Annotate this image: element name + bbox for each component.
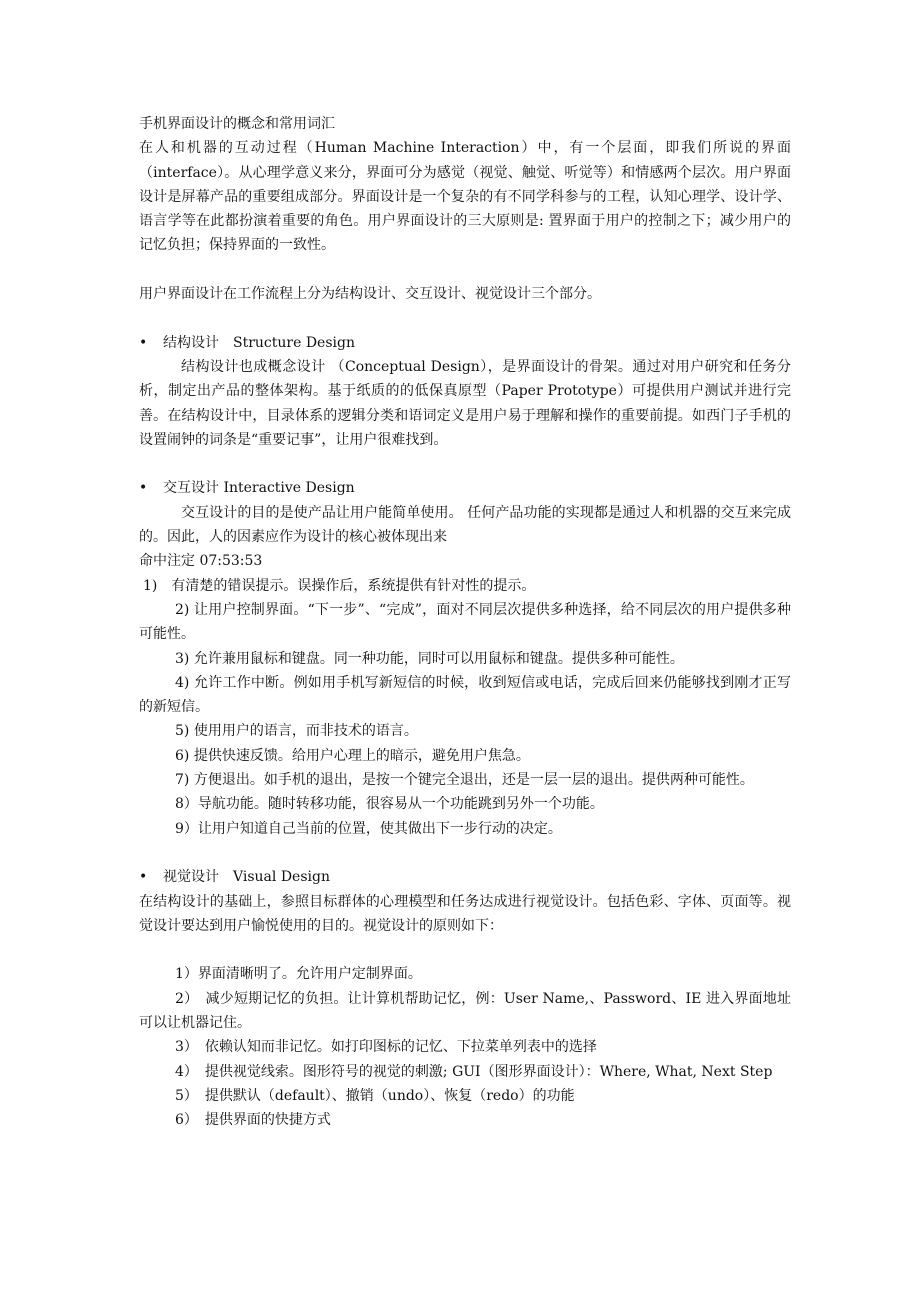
interactive-item: 3) 允许兼用鼠标和键盘。同一种功能，同时可以用鼠标和键盘。提供多种可能性。 [139, 647, 791, 671]
section-heading-interactive: •交互设计 Interactive Design [139, 476, 791, 500]
interactive-item: 7) 方便退出。如手机的退出，是按一个键完全退出，还是一层一层的退出。提供两种可… [139, 768, 791, 792]
spacer [139, 306, 791, 330]
visual-item: 4） 提供视觉线索。图形符号的视觉的刺激; GUI（图形界面设计）：Where,… [139, 1060, 791, 1084]
spacer [139, 452, 791, 476]
interactive-item: 1) 有清楚的错误提示。误操作后，系统提供有针对性的提示。 [139, 574, 791, 598]
structure-paragraph: 结构设计也成概念设计 （Conceptual Design），是界面设计的骨架。… [139, 355, 791, 452]
interactive-paragraph: 交互设计的目的是使产品让用户能简单使用。 任何产品功能的实现都是通过人和机器的交… [139, 501, 791, 550]
bullet-icon: • [139, 331, 163, 355]
document-page: 手机界面设计的概念和常用词汇 在人和机器的互动过程（Human Machine … [139, 112, 791, 1132]
section-heading-structure: •结构设计 Structure Design [139, 331, 791, 355]
interactive-item: 8）导航功能。随时转移功能，很容易从一个功能跳到另外一个功能。 [139, 792, 791, 816]
document-title: 手机界面设计的概念和常用词汇 [139, 112, 791, 136]
spacer [139, 258, 791, 282]
visual-paragraph: 在结构设计的基础上，参照目标群体的心理模型和任务达成进行视觉设计。包括色彩、字体… [139, 890, 791, 939]
visual-item: 2） 减少短期记忆的负担。让计算机帮助记忆，例：User Name,、Passw… [139, 987, 791, 1036]
visual-item: 5） 提供默认（default）、撤销（undo）、恢复（redo）的功能 [139, 1084, 791, 1108]
interactive-item: 9）让用户知道自己当前的位置，使其做出下一步行动的决定。 [139, 817, 791, 841]
intro-paragraph: 在人和机器的互动过程（Human Machine Interaction）中，有… [139, 136, 791, 257]
bullet-icon: • [139, 476, 163, 500]
spacer [139, 841, 791, 865]
visual-item: 1）界面清晰明了。允许用户定制界面。 [139, 962, 791, 986]
interactive-item: 4) 允许工作中断。例如用手机写新短信的时候，收到短信或电话，完成后回来仍能够找… [139, 671, 791, 720]
interactive-item: 6) 提供快速反馈。给用户心理上的暗示，避免用户焦急。 [139, 744, 791, 768]
timestamp-line: 命中注定 07:53:53 [139, 549, 791, 573]
section-heading-visual: •视觉设计 Visual Design [139, 865, 791, 889]
heading-text: 交互设计 Interactive Design [163, 480, 355, 496]
heading-text: 结构设计 Structure Design [163, 335, 355, 351]
visual-item: 6） 提供界面的快捷方式 [139, 1108, 791, 1132]
interactive-item: 5) 使用用户的语言，而非技术的语言。 [139, 719, 791, 743]
bullet-icon: • [139, 865, 163, 889]
heading-text: 视觉设计 Visual Design [163, 869, 330, 885]
spacer [139, 938, 791, 962]
interactive-item: 2) 让用户控制界面。“下一步”、“完成”，面对不同层次提供多种选择，给不同层次… [139, 598, 791, 647]
overview-paragraph: 用户界面设计在工作流程上分为结构设计、交互设计、视觉设计三个部分。 [139, 282, 791, 306]
visual-item: 3） 依赖认知而非记忆。如打印图标的记忆、下拉菜单列表中的选择 [139, 1035, 791, 1059]
